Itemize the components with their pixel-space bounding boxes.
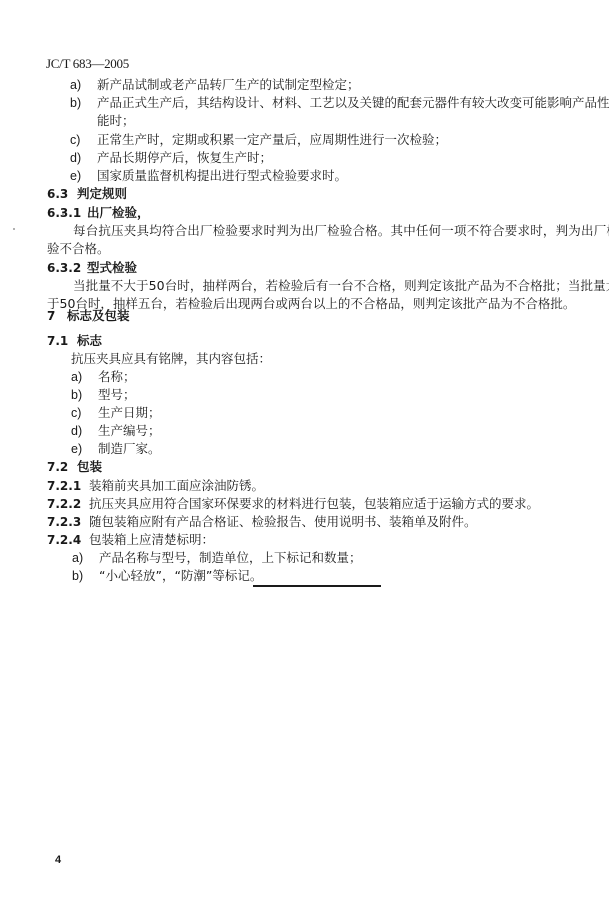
list-label: c)	[70, 131, 97, 149]
paragraph-line: 当批量不大于50台时，抽样两台，若检验后有一台不合格，则判定该批产品为不合格批；…	[73, 277, 609, 295]
section-heading-7-1: 7.1标志	[47, 332, 102, 350]
page-number: 4	[55, 854, 61, 866]
list-label: b)	[71, 386, 98, 404]
list-label: a)	[70, 76, 97, 94]
list-label: e)	[71, 440, 98, 458]
list-label: a)	[72, 549, 99, 567]
list-item: b)型号；	[71, 386, 136, 404]
paragraph-line: 验不合格。	[47, 240, 110, 258]
end-of-document-rule	[253, 585, 381, 587]
section-number: 7.1	[47, 332, 77, 350]
list-item: d)生产编号；	[71, 422, 161, 440]
list-text: 名称；	[98, 369, 136, 384]
section-number: 7.2	[47, 458, 77, 476]
clause-text: 抗压夹具应用符合国家环保要求的材料进行包装，包装箱应适于运输方式的要求。	[89, 496, 539, 511]
list-label: e)	[70, 167, 97, 185]
scan-speck	[62, 213, 64, 215]
section-title: 判定规则	[77, 186, 127, 201]
list-item: e)国家质量监督机构提出进行型式检验要求时。	[70, 167, 347, 185]
section-number: 6.3.2	[47, 259, 87, 277]
clause-text: 装箱前夹具加工面应涂油防锈。	[89, 478, 264, 493]
scan-speck	[13, 228, 15, 230]
list-item: a)产品名称与型号，制造单位，上下标记和数量；	[72, 549, 362, 567]
clause-7-2-4: 7.2.4包装箱上应清楚标明：	[47, 531, 214, 549]
clause-number: 7.2.1	[47, 477, 89, 495]
list-text: 型号；	[98, 387, 136, 402]
section-number: 6.3	[47, 185, 77, 203]
clause-text: 包装箱上应清楚标明：	[89, 532, 214, 547]
list-text: 产品名称与型号，制造单位，上下标记和数量；	[99, 550, 362, 565]
list-item: a)新产品试制或老产品转厂生产的试制定型检定；	[70, 76, 360, 94]
clause-number: 7.2.2	[47, 495, 89, 513]
list-item: c)正常生产时，定期或积累一定产量后，应周期性进行一次检验；	[70, 131, 447, 149]
section-heading-6-3: 6.3判定规则	[47, 185, 127, 203]
list-text: 生产编号；	[98, 423, 161, 438]
list-label: d)	[71, 422, 98, 440]
list-text: “小心轻放”，“防潮”等标记。	[99, 568, 262, 583]
list-label: c)	[71, 404, 98, 422]
list-label: a)	[71, 368, 98, 386]
section-number: 6.3.1	[47, 204, 87, 222]
list-text: 国家质量监督机构提出进行型式检验要求时。	[97, 168, 347, 183]
list-text-continuation: 能时；	[97, 112, 135, 130]
clause-7-2-2: 7.2.2抗压夹具应用符合国家环保要求的材料进行包装，包装箱应适于运输方式的要求…	[47, 495, 539, 513]
list-text: 制造厂家。	[98, 441, 161, 456]
list-label: b)	[72, 567, 99, 585]
chapter-number: 7	[47, 307, 67, 325]
list-text: 正常生产时，定期或积累一定产量后，应周期性进行一次检验；	[97, 132, 447, 147]
list-item: c)生产日期；	[71, 404, 161, 422]
list-label: b)	[70, 94, 97, 112]
list-text: 新产品试制或老产品转厂生产的试制定型检定；	[97, 77, 360, 92]
clause-7-2-1: 7.2.1装箱前夹具加工面应涂油防锈。	[47, 477, 264, 495]
document-page: JC/T 683—2005 a)新产品试制或老产品转厂生产的试制定型检定； b)…	[0, 0, 609, 900]
clause-7-2-3: 7.2.3随包装箱应附有产品合格证、检验报告、使用说明书、装箱单及附件。	[47, 513, 477, 531]
paragraph-line: 每台抗压夹具均符合出厂检验要求时判为出厂检验合格。其中任何一项不符合要求时，判为…	[73, 222, 609, 240]
section-title: 出厂检验，	[87, 205, 150, 220]
list-label: d)	[70, 149, 97, 167]
section-heading-7-2: 7.2包装	[47, 458, 102, 476]
section-title: 型式检验	[87, 260, 137, 275]
list-text: 产品正式生产后，其结构设计、材料、工艺以及关键的配套元器件有较大改变可能影响产品…	[97, 95, 609, 110]
list-text: 生产日期；	[98, 405, 161, 420]
section-title: 包装	[77, 459, 102, 474]
section-heading-6-3-2: 6.3.2型式检验	[47, 259, 137, 277]
chapter-heading-7: 7标志及包装	[47, 307, 130, 325]
list-item: b)“小心轻放”，“防潮”等标记。	[72, 567, 262, 585]
list-item: b)产品正式生产后，其结构设计、材料、工艺以及关键的配套元器件有较大改变可能影响…	[70, 94, 609, 112]
list-item: a)名称；	[71, 368, 136, 386]
list-item: d)产品长期停产后，恢复生产时；	[70, 149, 272, 167]
clause-number: 7.2.4	[47, 531, 89, 549]
list-text: 产品长期停产后，恢复生产时；	[97, 150, 272, 165]
list-item: e)制造厂家。	[71, 440, 161, 458]
chapter-title: 标志及包装	[67, 308, 130, 323]
section-title: 标志	[77, 333, 102, 348]
clause-text: 随包装箱应附有产品合格证、检验报告、使用说明书、装箱单及附件。	[89, 514, 477, 529]
paragraph-line: 抗压夹具应具有铭牌，其内容包括：	[71, 350, 271, 368]
clause-number: 7.2.3	[47, 513, 89, 531]
document-id-header: JC/T 683—2005	[46, 55, 129, 73]
